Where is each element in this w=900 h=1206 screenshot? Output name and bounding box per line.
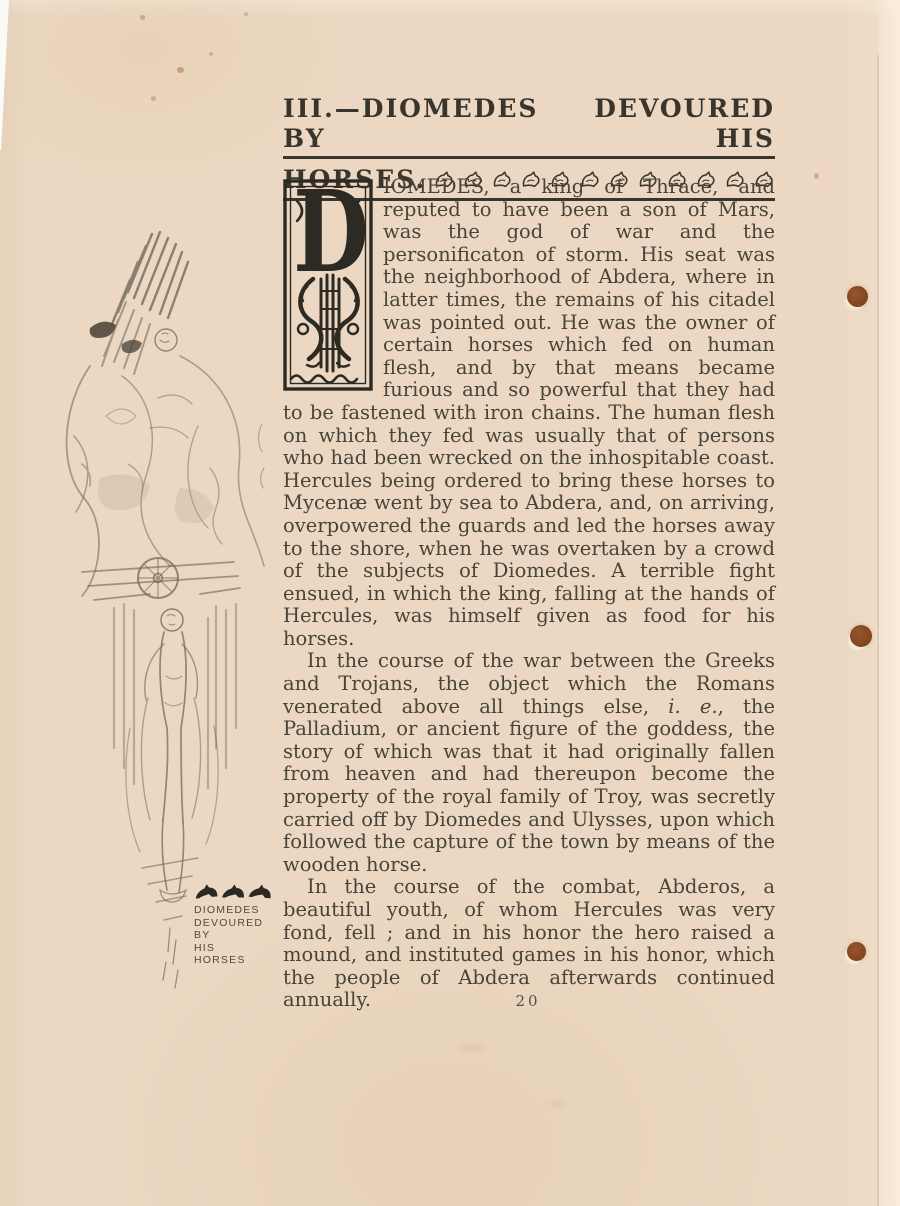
- punch-hole: [847, 942, 866, 961]
- foxing-speck: [140, 15, 145, 20]
- caption-glyph-row: [194, 878, 284, 900]
- paragraph-1: D IOMEDES, a king of Thrace, and reputed…: [283, 176, 775, 650]
- page-number: 20: [505, 992, 551, 1010]
- caption-line: DIOMEDES: [194, 904, 284, 917]
- horse-head-icon: [221, 883, 245, 900]
- stain: [545, 1098, 567, 1110]
- foxing-speck: [244, 12, 248, 16]
- punch-hole: [850, 625, 872, 647]
- paragraph-2-text: , the Palladium, or ancient figure of th…: [283, 695, 775, 876]
- foxing-speck: [814, 173, 819, 179]
- punch-hole: [847, 286, 868, 307]
- horse-head-icon: [193, 882, 219, 901]
- scanned-page: III.—DIOMEDES DEVOURED BY HIS HORSES.: [0, 0, 900, 1206]
- paragraph-2-italic: i. e.: [668, 695, 717, 718]
- illustration-caption: DIOMEDES DEVOURED BY HIS HORSES: [194, 878, 284, 967]
- caption-line: DEVOURED: [194, 917, 284, 930]
- dropcap-ornament: D: [283, 179, 373, 391]
- caption-line: HIS: [194, 942, 284, 955]
- foxing-speck: [151, 96, 156, 101]
- paper-edge-highlight: [879, 0, 900, 1206]
- dropcap-letter: D: [293, 179, 369, 298]
- scanner-edge: [0, 0, 9, 150]
- foxing-speck: [209, 52, 213, 56]
- stain: [455, 1040, 489, 1056]
- caption-line: HORSES: [194, 954, 284, 967]
- article-body: D IOMEDES, a king of Thrace, and reputed…: [283, 176, 775, 1012]
- paragraph-2: In the course of the war between the Gre…: [283, 650, 775, 876]
- foxing-speck: [177, 67, 184, 73]
- caption-line: BY: [194, 929, 284, 942]
- chapter-title-line-1: III.—DIOMEDES DEVOURED BY HIS: [283, 94, 775, 159]
- horse-head-icon: [247, 882, 272, 901]
